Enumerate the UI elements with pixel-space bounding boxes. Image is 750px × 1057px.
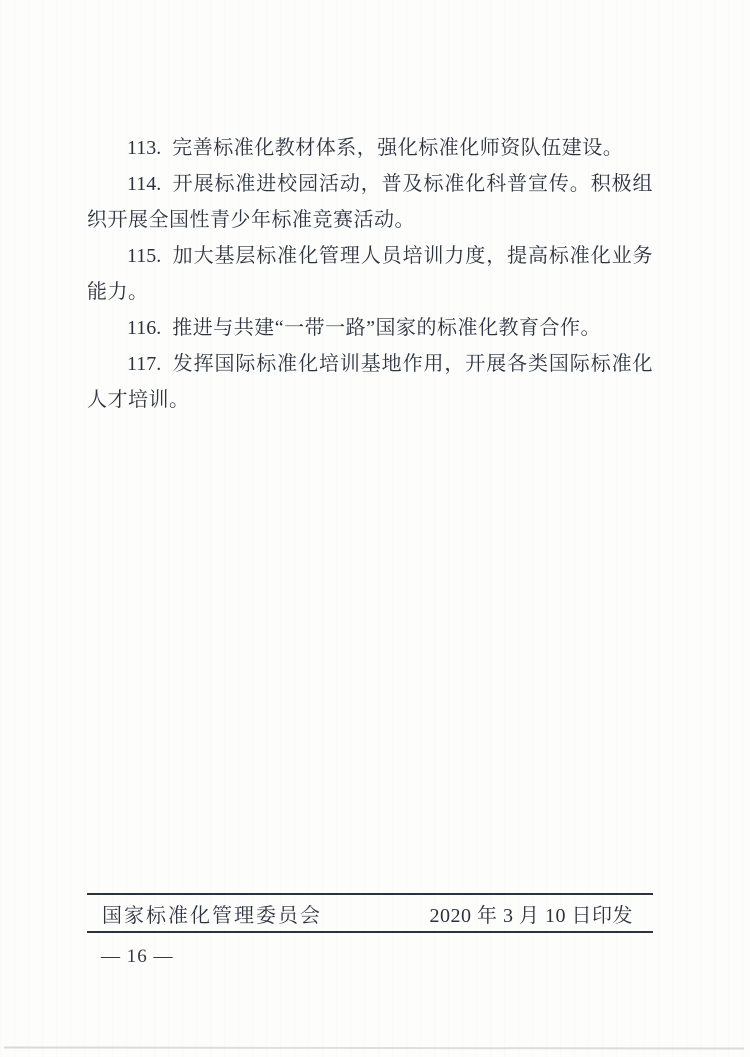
colophon-row: 国家标准化管理委员会 2020 年 3 月 10 日印发 <box>87 895 653 931</box>
paragraph-116: 116.推进与共建“一带一路”国家的标准化教育合作。 <box>87 310 653 346</box>
item-text: 发挥国际标准化培训基地作用，开展各类国际标准化人才培训。 <box>87 353 653 411</box>
item-number: 113. <box>127 137 161 159</box>
paragraph-113: 113.完善标准化教材体系，强化标准化师资队伍建设。 <box>87 130 653 166</box>
item-text: 完善标准化教材体系，强化标准化师资队伍建设。 <box>172 137 623 159</box>
colophon-block: 国家标准化管理委员会 2020 年 3 月 10 日印发 <box>87 893 653 933</box>
paragraph-115: 115.加大基层标准化管理人员培训力度，提高标准化业务能力。 <box>87 238 653 310</box>
print-date: 2020 年 3 月 10 日印发 <box>430 899 634 928</box>
item-number: 116. <box>127 317 161 339</box>
document-body: 113.完善标准化教材体系，强化标准化师资队伍建设。 114.开展标准进校园活动… <box>87 130 653 418</box>
item-text: 推进与共建“一带一路”国家的标准化教育合作。 <box>172 317 601 339</box>
item-number: 115. <box>127 245 161 267</box>
paragraph-114: 114.开展标准进校园活动，普及标准化科普宣传。积极组织开展全国性青少年标准竞赛… <box>87 166 653 238</box>
item-number: 117. <box>127 353 161 375</box>
item-text: 加大基层标准化管理人员培训力度，提高标准化业务能力。 <box>87 245 653 303</box>
scanned-document-page: 113.完善标准化教材体系，强化标准化师资队伍建设。 114.开展标准进校园活动… <box>0 0 750 1057</box>
scan-edge-line <box>4 1046 744 1049</box>
paragraph-117: 117.发挥国际标准化培训基地作用，开展各类国际标准化人才培训。 <box>87 346 653 418</box>
page-number: — 16 — <box>101 946 174 968</box>
item-number: 114. <box>127 173 161 195</box>
issuing-agency: 国家标准化管理委员会 <box>102 899 322 928</box>
item-text: 开展标准进校园活动，普及标准化科普宣传。积极组织开展全国性青少年标准竞赛活动。 <box>87 173 653 231</box>
